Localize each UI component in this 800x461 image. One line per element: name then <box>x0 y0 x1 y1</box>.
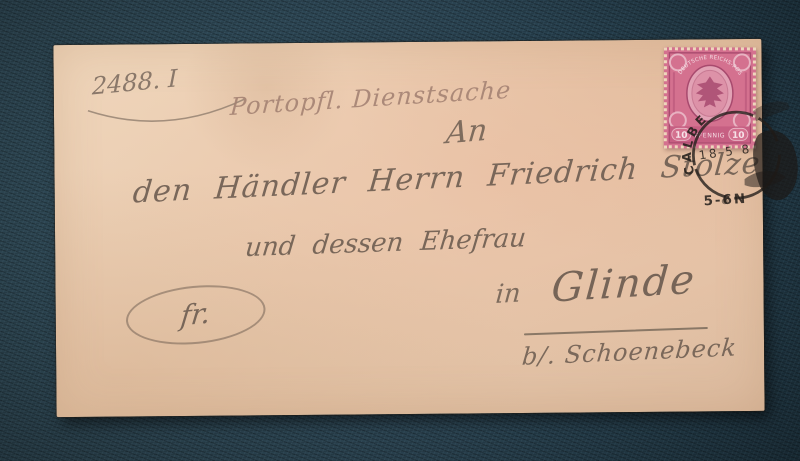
postal-cover: 2488. I Portopfl. Dienstsache An den Hän… <box>53 39 764 417</box>
postage-due-note: Portopfl. Dienstsache <box>229 78 512 119</box>
town-underline <box>524 327 708 335</box>
pencil-underline-flourish <box>82 93 254 130</box>
stamp-value-right: 10 <box>732 131 745 141</box>
address-preposition: in <box>495 280 522 308</box>
address-spouse-line: und dessen Ehefrau <box>244 225 527 261</box>
fabric-background: 2488. I Portopfl. Dienstsache An den Hän… <box>0 0 800 461</box>
ink-smudge <box>753 101 790 121</box>
address-recipient-line: den Händler Herrn Friedrich Stolze <box>132 149 762 209</box>
stamp-currency: PFENNIG <box>695 132 726 139</box>
ink-dot <box>722 198 728 204</box>
destination-district: b/. Schoenebeck <box>521 335 738 368</box>
franco-abbreviation: fr. <box>179 299 212 330</box>
stamp-value-left: 10 <box>675 131 688 141</box>
stamp-artwork: DEUTSCHE REICHS-POST 10 10 PFENNIG <box>667 50 753 145</box>
postmark-time: 5-6N <box>703 191 748 210</box>
destination-town: Glinde <box>550 260 697 309</box>
franco-oval-mark: fr. <box>123 279 268 350</box>
postage-stamp: DEUTSCHE REICHS-POST 10 10 PFENNIG <box>664 47 756 148</box>
salutation: An <box>445 116 489 150</box>
